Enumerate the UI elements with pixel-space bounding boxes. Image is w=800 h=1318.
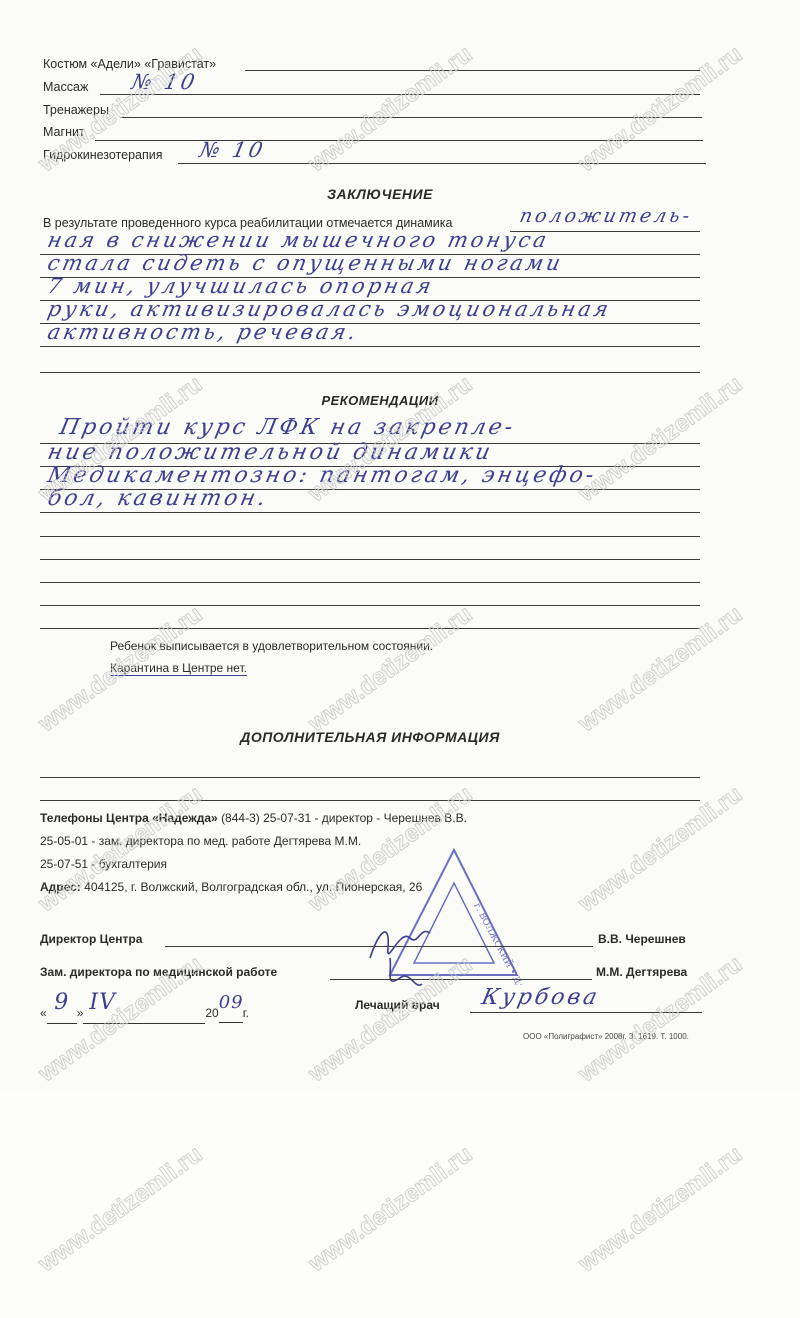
- date-month-slot: IV: [83, 998, 205, 1024]
- phones-row: Телефоны Центра «Надежда» (844-3) 25-07-…: [40, 811, 467, 825]
- procedure-line-magnet: [95, 140, 703, 141]
- rec-line-8: [40, 628, 700, 629]
- procedure-line-trainers: [120, 117, 702, 118]
- phone-line-3: 25-07-51 - бухгалтерия: [40, 857, 167, 871]
- deputy-sign-line: [330, 979, 592, 980]
- address-value: 404125, г. Волжский, Волгоградская обл.,…: [84, 880, 422, 894]
- procedure-value-massage: № 10: [129, 70, 199, 94]
- address-row: Адрес: 404125, г. Волжский, Волгоградска…: [40, 880, 422, 894]
- additional-info-title: ДОПОЛНИТЕЛЬНАЯ ИНФОРМАЦИЯ: [0, 729, 740, 745]
- procedure-line-hydro: [178, 163, 706, 164]
- date-day-slot: 9: [47, 998, 77, 1024]
- stamp-text: г. ВОЛЖСКИЙ • ДЛЯ СПРАВОК •: [471, 901, 522, 985]
- director-signature-icon: [360, 918, 450, 998]
- watermark: www.detizemli.ru: [304, 1141, 478, 1278]
- info-line-1: [40, 800, 700, 801]
- printer-info: ООО «Полиграфист» 2008г. З. 1619. Т. 100…: [523, 1032, 689, 1041]
- director-name: В.В. Черешнев: [598, 932, 686, 946]
- conclusion-hw-5: активность, речевая.: [45, 320, 360, 344]
- procedure-label-massage: Массаж: [43, 80, 88, 94]
- date-day: 9: [54, 990, 69, 1015]
- recommendations-title: РЕКОМЕНДАЦИИ: [0, 393, 760, 408]
- phone-line-2: 25-05-01 - зам. директора по мед. работе…: [40, 834, 361, 848]
- address-label: Адрес:: [40, 880, 81, 894]
- director-label: Директор Центра: [40, 932, 142, 946]
- procedure-line-costume: [245, 70, 700, 71]
- rec-line-4: [40, 536, 700, 537]
- discharge-text: Ребенок выписывается в удовлетворительно…: [110, 639, 433, 653]
- info-line-0: [40, 777, 700, 778]
- date-year-slot: 09: [219, 1001, 243, 1023]
- quarantine-text: Карантина в Центре нет.: [110, 661, 247, 676]
- phone-line-1: (844-3) 25-07-31 - директор - Черешнев В…: [221, 811, 467, 825]
- doctor-sign-line: [470, 1012, 702, 1013]
- conclusion-line-6: [40, 372, 700, 373]
- phones-label: Телефоны Центра «Надежда»: [40, 811, 218, 825]
- rec-line-6: [40, 582, 700, 583]
- procedure-label-trainers: Тренажеры: [43, 103, 109, 117]
- conclusion-title: ЗАКЛЮЧЕНИЕ: [0, 186, 760, 202]
- doctor-label: Лечащий врач: [355, 998, 440, 1012]
- deputy-name: М.М. Дегтярева: [596, 965, 687, 979]
- date-open-quote: «: [40, 1006, 47, 1020]
- date-year-prefix: 20: [205, 1006, 218, 1020]
- rec-line-7: [40, 605, 700, 606]
- date-year: 09: [219, 992, 244, 1013]
- procedure-value-hydro: № 10: [197, 138, 267, 162]
- conclusion-line-5: [40, 346, 700, 347]
- rec-hw-2: Медикаментозно: пантогам, энцефо-: [45, 463, 599, 488]
- conclusion-hw-2: стала сидеть с опущенными ногами: [45, 251, 565, 275]
- date-month: IV: [89, 990, 116, 1015]
- conclusion-hw-0: положитель-: [518, 205, 695, 227]
- date-field: «9»IV2009г.: [40, 998, 249, 1024]
- document-page: Костюм «Адели» «Гравистат» Массаж № 10 Т…: [0, 0, 800, 1090]
- conclusion-hw-3: 7 мин, улучшилась опорная: [45, 274, 436, 298]
- watermark: www.detizemli.ru: [574, 1141, 748, 1278]
- procedure-label-hydro: Гидрокинезотерапия: [43, 148, 163, 162]
- rec-hw-3: бол, кавинтон.: [45, 486, 270, 511]
- deputy-label: Зам. директора по медицинской работе: [40, 965, 277, 979]
- date-close-quote: »: [77, 1006, 84, 1020]
- conclusion-hw-4: руки, активизировалась эмоциональная: [45, 297, 613, 321]
- procedure-label-costume: Костюм «Адели» «Гравистат»: [43, 57, 216, 71]
- watermark: www.detizemli.ru: [34, 1141, 208, 1278]
- rec-line-3: [40, 512, 700, 513]
- procedure-line-massage: [100, 94, 700, 95]
- rec-hw-1: ние положительной динамики: [45, 440, 495, 465]
- procedure-label-magnet: Магнит: [43, 125, 85, 139]
- rec-line-5: [40, 559, 700, 560]
- rec-hw-0: Пройти курс ЛФК на закрепле-: [57, 415, 518, 440]
- doctor-signature: Курбова: [479, 985, 602, 1010]
- conclusion-hw-1: ная в снижении мышечного тонуса: [45, 228, 551, 252]
